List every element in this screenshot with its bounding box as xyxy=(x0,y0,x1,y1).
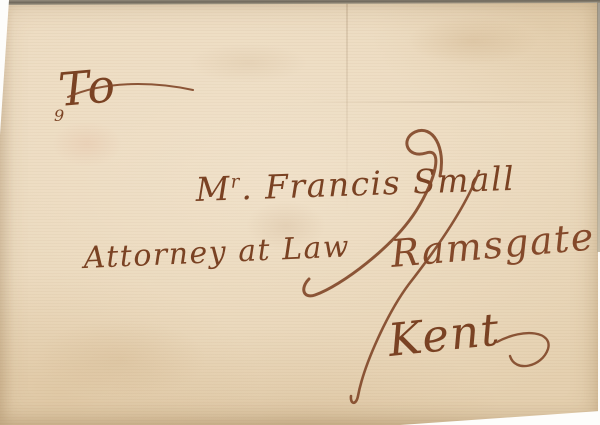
occupation-line: Attorney at Law xyxy=(80,229,351,276)
recipient-line: Mr. Francis Small xyxy=(194,159,516,209)
recipient-prefix: M xyxy=(194,169,232,209)
kent-tail-flourish xyxy=(497,333,549,366)
town-line: Ramsgate xyxy=(388,214,596,276)
rate-mark-9: 9 xyxy=(54,106,66,125)
county-line: Kent xyxy=(385,303,503,368)
handwriting-ink-layer: To 9 Mr. Francis Small Attorney at Law R… xyxy=(0,0,600,425)
recipient-superscript: r xyxy=(230,171,241,192)
scanned-letter-photo: To 9 Mr. Francis Small Attorney at Law R… xyxy=(0,0,600,425)
ramsgate-descender-flourish xyxy=(351,171,479,403)
